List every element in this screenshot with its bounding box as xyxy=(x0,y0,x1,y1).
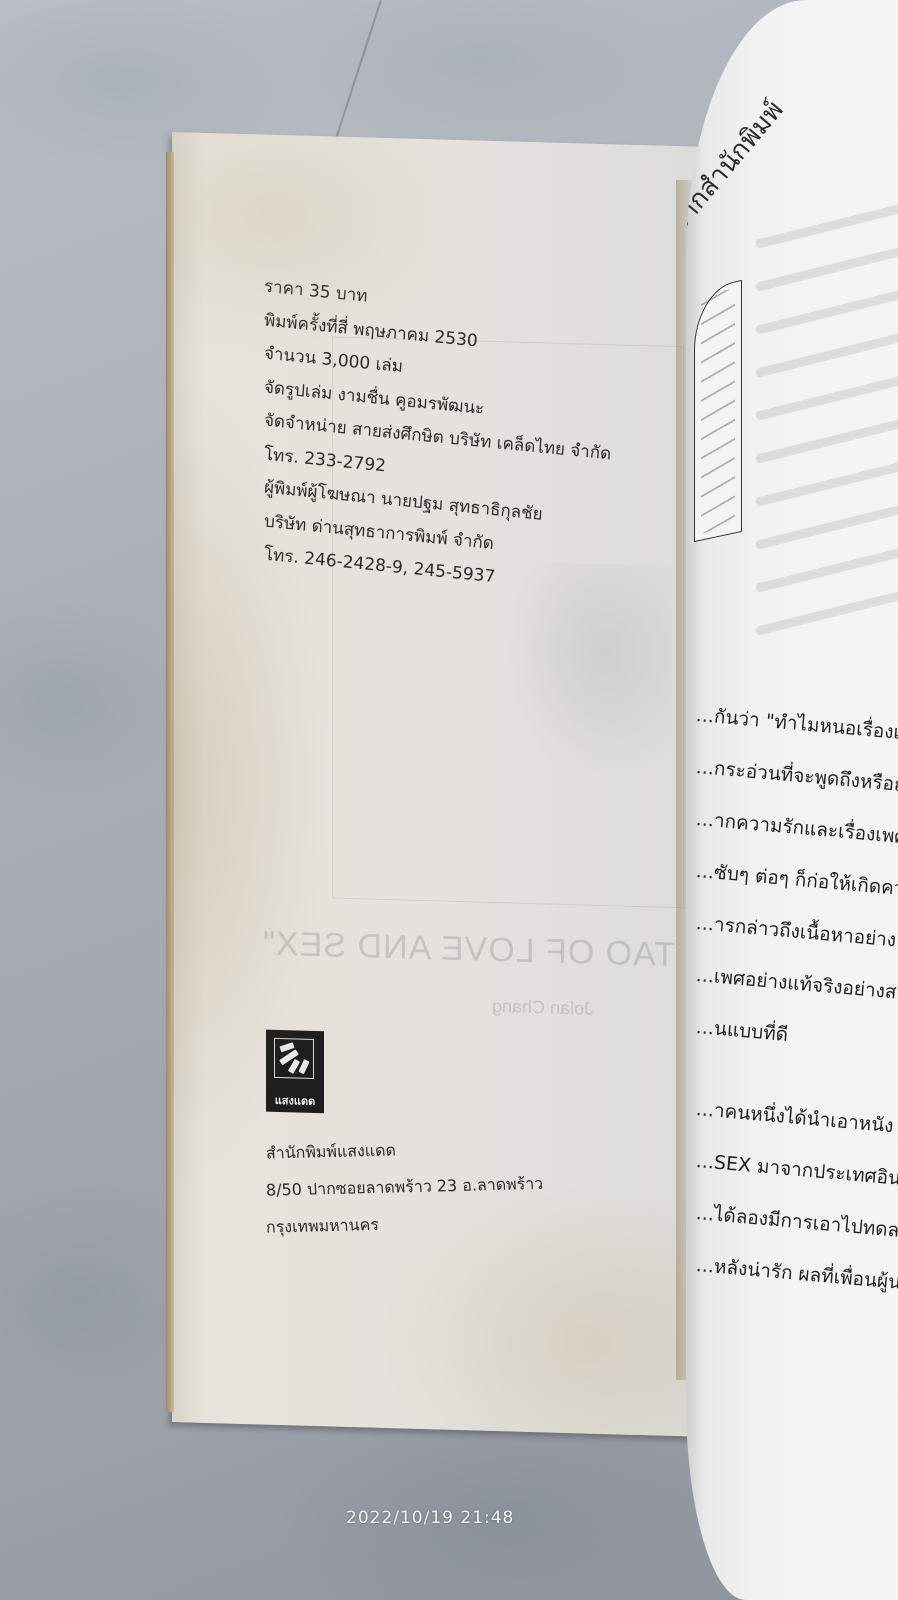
paragraph-gap xyxy=(696,1064,898,1094)
address-line-2: กรุงเทพมหานคร xyxy=(265,1202,544,1246)
right-book-page: จากสำนักพิมพ์ ...กันว่า "ทำไมหนอเรื่องเพ… xyxy=(686,0,898,1600)
body-line: ...กระอ่วนที่จะพูดถึงหรือถก xyxy=(695,752,898,803)
publisher-address-block: สำนักพิมพ์แสงแดด 8/50 ปากซอยลาดพร้าว 23 … xyxy=(266,1135,544,1254)
body-line: ...ารกล่าวถึงเนื้อหาอย่าง xyxy=(695,908,898,959)
body-line: ...าคนหนึ่งได้นำเอาหนัง xyxy=(695,1094,898,1145)
body-line: ...กันว่า "ทำไมหนอเรื่องเพ xyxy=(695,700,898,751)
show-through-author: Jolan Chang xyxy=(492,996,593,1020)
photo-timestamp: 2022/10/19 21:48 xyxy=(346,1508,514,1528)
faded-text-lines xyxy=(756,240,898,670)
right-page-heading: จากสำนักพิมพ์ xyxy=(686,91,793,241)
sun-rays-icon xyxy=(274,1038,314,1079)
right-page-body: ...กันว่า "ทำไมหนอเรื่องเพ ...กระอ่วนที่… xyxy=(696,700,898,1302)
illustration-panel xyxy=(694,280,742,542)
publisher-logo: แสงแดด xyxy=(266,1030,324,1114)
left-book-page: TAO OF LOVE AND SEX" Jolan Chang ราคา 35… xyxy=(172,132,702,1437)
colophon-block: ราคา 35 บาท พิมพ์ครั้งที่สี่ พฤษภาคม 253… xyxy=(264,271,612,582)
body-line: ...ได้ลองมีการเอาไปทดล xyxy=(695,1198,898,1249)
body-line: ...ากความรักและเรื่องเพศ xyxy=(695,804,898,855)
logo-label: แสงแดด xyxy=(266,1091,324,1111)
ink-drawing-icon xyxy=(701,288,735,533)
body-line: ...SEX มาจากประเทศอินเดีย xyxy=(695,1146,898,1197)
show-through-title: TAO OF LOVE AND SEX" xyxy=(262,925,675,976)
body-line: ...นแบบที่ดี xyxy=(695,1012,898,1063)
body-line: ...หลังน่ารัก ผลที่เพื่อนผู้น xyxy=(695,1250,898,1301)
body-line: ...ซับๆ ต่อๆ ก็ก่อให้เกิดควา xyxy=(695,856,898,907)
body-line: ...เพศอย่างแท้จริงอย่างสอดค xyxy=(695,960,898,1011)
